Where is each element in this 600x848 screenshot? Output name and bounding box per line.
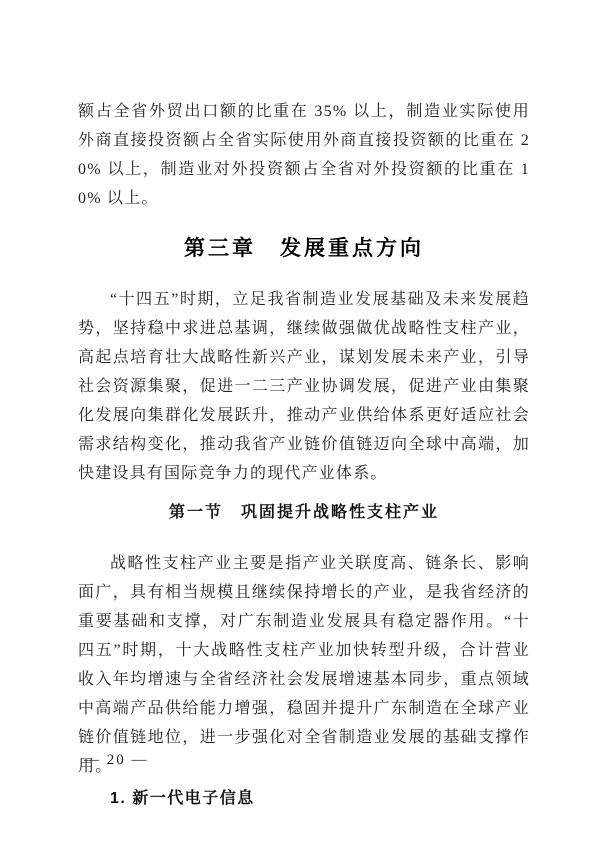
- document-page: 额占全省外贸出口额的比重在 35% 以上，制造业实际使用外商直接投资额占全省实际…: [0, 0, 600, 848]
- chapter-heading: 第三章 发展重点方向: [78, 233, 530, 263]
- section-heading: 第一节 巩固提升战略性支柱产业: [78, 503, 530, 523]
- paragraph-continuation: 额占全省外贸出口额的比重在 35% 以上，制造业实际使用外商直接投资额占全省实际…: [78, 97, 530, 213]
- section-body-paragraph: 战略性支柱产业主要是指产业关联度高、链条长、影响面广，具有相当规模且继续保持增长…: [78, 549, 530, 781]
- chapter-intro-paragraph: “十四五”时期，立足我省制造业发展基础及未来发展趋势，坚持稳中求进总基调，继续做…: [78, 285, 530, 488]
- page-number: — 20 —: [84, 752, 149, 769]
- item-heading: 1. 新一代电子信息: [78, 788, 530, 810]
